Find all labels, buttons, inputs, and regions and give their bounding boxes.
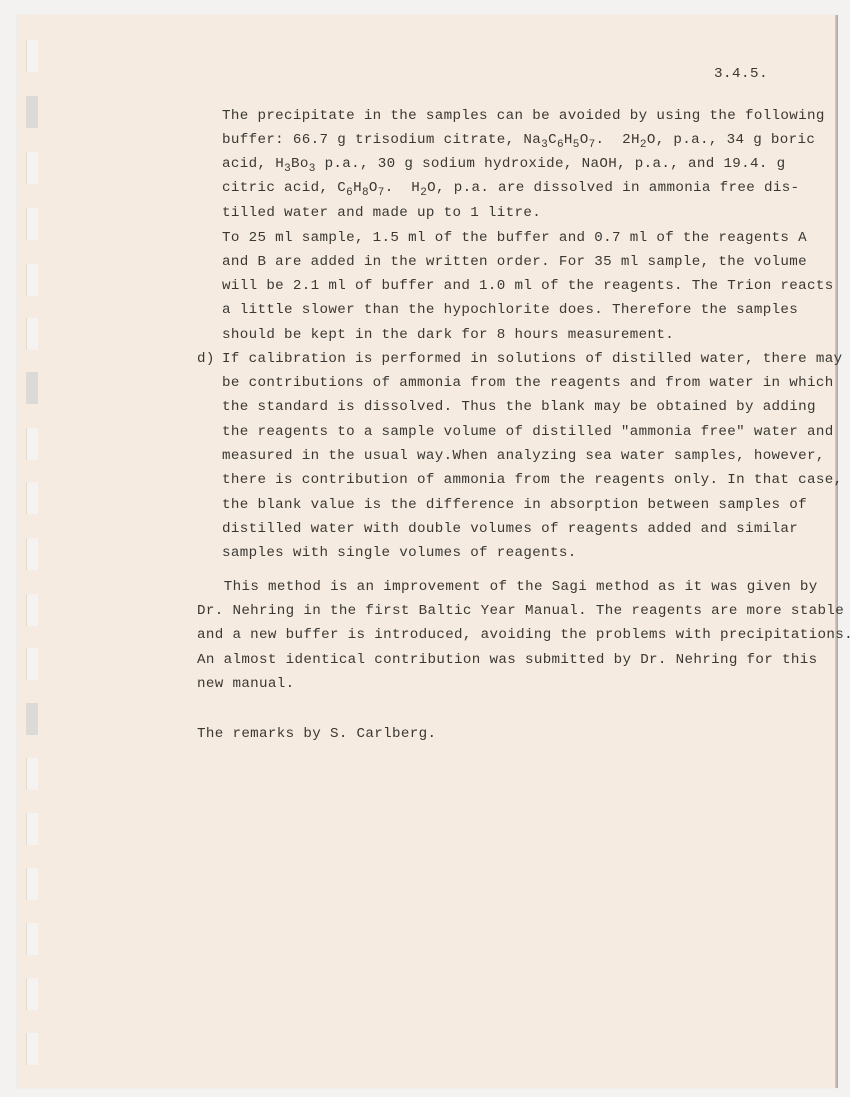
binder-hole [26,923,38,955]
binder-hole [26,264,38,296]
text-line: and a new buffer is introduced, avoiding… [197,626,850,644]
text-line: This method is an improvement of the Sag… [206,578,818,596]
text-line: the reagents to a sample volume of disti… [222,423,834,441]
text-line: The precipitate in the samples can be av… [222,107,825,125]
binder-hole [26,372,38,404]
list-marker: d) [197,350,215,368]
text-line: new manual. [197,675,295,693]
text-line: An almost identical contribution was sub… [197,651,817,669]
text-line: and B are added in the written order. Fo… [222,253,807,271]
binder-hole [26,538,38,570]
text-line: If calibration is performed in solutions… [222,350,842,368]
binder-hole [26,152,38,184]
text-line: buffer: 66.7 g trisodium citrate, Na3C6H… [222,131,815,149]
text-line: samples with single volumes of reagents. [222,544,577,562]
remarks-line: The remarks by S. Carlberg. [197,725,436,743]
text-line: acid, H3Bo3 p.a., 30 g sodium hydroxide,… [222,155,786,173]
binder-hole [26,428,38,460]
binder-hole [26,208,38,240]
binder-hole [26,703,38,735]
binder-hole [26,40,38,72]
text-line: will be 2.1 ml of buffer and 1.0 ml of t… [222,277,834,295]
text-line: measured in the usual way.When analyzing… [222,447,825,465]
page-number: 3.4.5. [714,66,768,82]
text-line: should be kept in the dark for 8 hours m… [222,326,674,344]
binder-hole [26,482,38,514]
binder-hole [26,868,38,900]
text-line: distilled water with double volumes of r… [222,520,798,538]
binder-hole [26,978,38,1010]
text-line: be contributions of ammonia from the rea… [222,374,834,392]
text-line: Dr. Nehring in the first Baltic Year Man… [197,602,844,620]
text-line: there is contribution of ammonia from th… [222,471,842,489]
text-line: the standard is dissolved. Thus the blan… [222,398,816,416]
binder-hole [26,813,38,845]
binder-hole [26,648,38,680]
binder-hole [26,318,38,350]
binder-hole [26,96,38,128]
text-line: citric acid, C6H8O7. H2O, p.a. are disso… [222,179,799,197]
page-edge [835,15,838,1088]
text-line: To 25 ml sample, 1.5 ml of the buffer an… [222,229,807,247]
binder-hole [26,594,38,626]
binder-hole [26,1033,38,1065]
text-line: a little slower than the hypochlorite do… [222,301,798,319]
binder-hole [26,758,38,790]
text-line: tilled water and made up to 1 litre. [222,204,541,222]
text-line: the blank value is the difference in abs… [222,496,807,514]
